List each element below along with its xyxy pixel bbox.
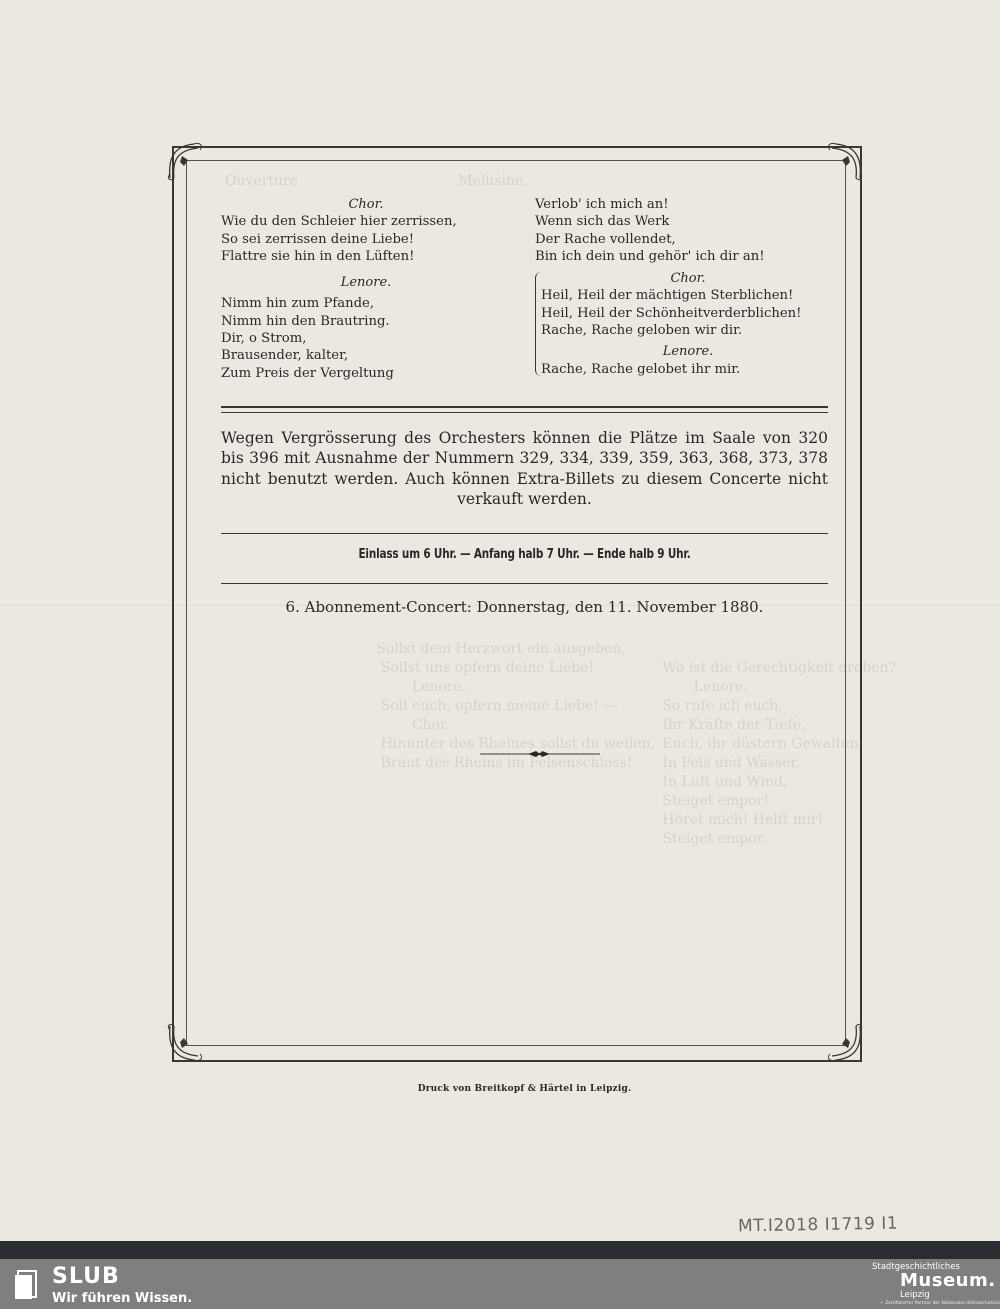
- seating-notice: Wegen Vergrösserung des Orchesters könne…: [221, 428, 828, 509]
- document-page: Ouverture Melusine. Sollst dem Herzwort …: [0, 0, 1000, 1241]
- corner-ornament-icon: [164, 138, 208, 182]
- rule-divider: [221, 533, 828, 534]
- speaker-label: Lenore.: [541, 343, 835, 360]
- concert-times: Einlass um 6 Uhr. — Anfang halb 7 Uhr. —…: [263, 546, 785, 562]
- museum-city: Leipzig: [900, 1290, 930, 1300]
- footer-divider-bar: [0, 1241, 1000, 1259]
- verse-line: Rache, Rache gelobet ihr mir.: [541, 361, 835, 378]
- verse-line: Wie du den Schleier hier zerrissen,: [221, 213, 511, 230]
- speaker-label: Chor.: [221, 196, 511, 213]
- verse-line: Verlob' ich mich an!: [535, 196, 835, 213]
- corner-ornament-icon: [822, 1022, 866, 1066]
- libretto-left-column: Chor. Wie du den Schleier hier zerrissen…: [221, 196, 511, 382]
- verse-line: Zum Preis der Vergeltung: [221, 365, 511, 382]
- verse-line: Wenn sich das Werk: [535, 213, 835, 230]
- speaker-label: Chor.: [541, 270, 835, 287]
- verse-line: So sei zerrissen deine Liebe!: [221, 231, 511, 248]
- libretto-right-column: Verlob' ich mich an! Wenn sich das Werk …: [535, 196, 835, 378]
- verse-line: Heil, Heil der mächtigen Sterblichen!: [541, 287, 835, 304]
- chorus-bracket-group: Chor. Heil, Heil der mächtigen Sterblich…: [535, 270, 835, 378]
- rule-divider: [221, 583, 828, 584]
- verse-line: Brausender, kalter,: [221, 347, 511, 364]
- museum-logo[interactable]: Stadtgeschichtliches Museum. Leipzig ✓ Z…: [846, 1260, 986, 1309]
- slub-logo-icon: [14, 1269, 40, 1299]
- museum-name: Museum.: [900, 1270, 996, 1291]
- verse-line: Rache, Rache geloben wir dir.: [541, 322, 835, 339]
- verse-line: Nimm hin zum Pfande,: [221, 295, 511, 312]
- verse-line: Dir, o Strom,: [221, 330, 511, 347]
- double-rule-divider: [221, 406, 828, 413]
- verse-line: Der Rache vollendet,: [535, 231, 835, 248]
- corner-ornament-icon: [164, 1022, 208, 1066]
- printer-imprint: Druck von Breitkopf & Härtel in Leipzig.: [221, 1084, 828, 1094]
- next-concert-announcement: 6. Abonnement-Concert: Donnerstag, den 1…: [221, 598, 828, 616]
- footer-bar: SLUB Wir führen Wissen. Stadtgeschichtli…: [0, 1259, 1000, 1309]
- slub-logo-text[interactable]: SLUB: [52, 1264, 120, 1289]
- verse-line: Heil, Heil der Schönheitverderblichen!: [541, 305, 835, 322]
- verse-line: Flattre sie hin in den Lüften!: [221, 248, 511, 265]
- museum-certification-note: ✓ Zertifizierter Partner der Nationalen …: [880, 1301, 1000, 1306]
- verse-line: Nimm hin den Brautring.: [221, 313, 511, 330]
- brace-bracket: [535, 272, 541, 376]
- slub-tagline: Wir führen Wissen.: [52, 1291, 192, 1306]
- ornamental-divider-icon: [480, 744, 600, 754]
- corner-ornament-icon: [822, 138, 866, 182]
- handwritten-shelfmark: MT.I2018 I1719 I1: [738, 1214, 898, 1237]
- speaker-label: Lenore.: [221, 274, 511, 291]
- verse-line: Bin ich dein und gehör' ich dir an!: [535, 248, 835, 265]
